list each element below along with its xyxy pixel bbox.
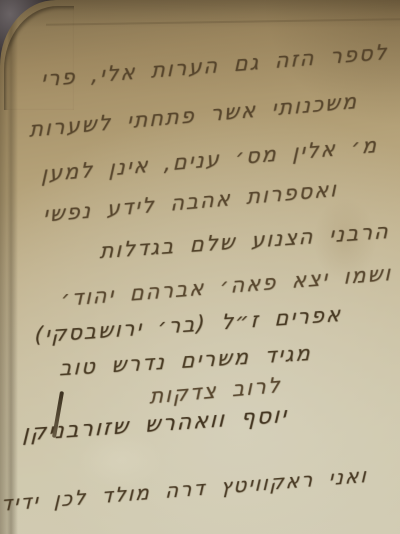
handwritten-line-2: משכנותי אשר פתחתי לשערות — [29, 89, 358, 142]
page-corner-crease — [4, 6, 74, 110]
handwritten-line-11: ואני ראקוויטץ דרה מולד לכן ידיד — [1, 463, 369, 516]
handwritten-line-1: לספר הזה גם הערות אלי, פרי — [40, 40, 388, 91]
handwritten-line-6: ושמו יצא פאה׳ אברהם יהוד׳ — [61, 261, 393, 311]
manuscript-photo: לספר הזה גם הערות אלי, פרי משכנותי אשר פ… — [0, 0, 400, 534]
page-top-edge — [46, 18, 400, 26]
handwritten-line-4: ואספרות אהבה לידע נפשי — [43, 177, 338, 227]
handwritten-line-9: לרוב צדקות — [150, 373, 283, 409]
manuscript-page: לספר הזה גם הערות אלי, פרי משכנותי אשר פ… — [0, 0, 400, 534]
